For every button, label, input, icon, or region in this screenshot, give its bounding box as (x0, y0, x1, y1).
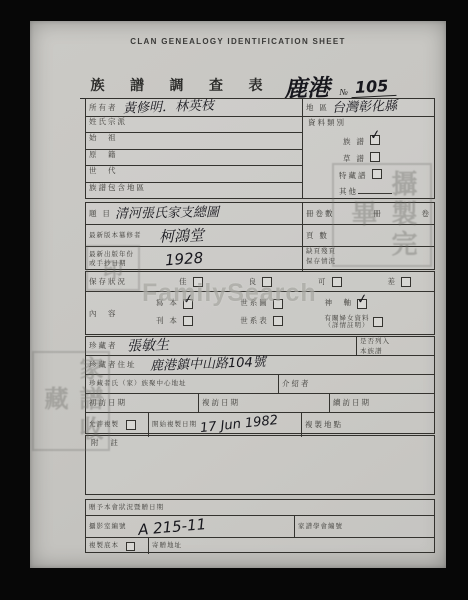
content-options: 寫 本 世系圖 神 軸 刊 本 世系表 有關婦女資料 （詳情註明） (156, 297, 434, 329)
content-manuscript: 寫 本 (156, 297, 240, 308)
second-visit-label: 複訪日期 (199, 398, 243, 408)
printed-checkbox (183, 316, 193, 326)
data-category-box: 資料類別 族 譜 草 譜 特藏譜 其他 (303, 117, 434, 198)
copy-place-cell: 複製地點 (302, 413, 434, 437)
section-collector: 珍藏者 張敏生 是否列入 本族譜 珍藏者住址 鹿港鎮中山路104號 珍藏者氏（家… (85, 336, 435, 434)
women-data-label: 有關婦女資料 （詳情註明） (324, 315, 369, 330)
pres-fine: 良 (249, 276, 273, 287)
donation-label: 贈予本會狀況暨贈日期 (86, 503, 167, 513)
content-lineage-table: 世系表 (240, 315, 324, 330)
introducer-label: 介紹者 (279, 379, 314, 389)
condition-cell: 缺頁殘頁 保存情況 (303, 247, 434, 271)
compiler-cell: 最新版本纂修者 柯鴻堂 (86, 225, 303, 246)
scanned-form-page: CLAN GENEALOGY IDENTIFICATION SHEET 族 譜 … (30, 21, 446, 568)
collector-address-handwritten: 鹿港鎮中山路104號 (149, 357, 265, 373)
collector-label: 珍藏者 (86, 341, 121, 351)
compiler-label: 最新版本纂修者 (86, 231, 145, 241)
section-notes: 附 註 (85, 435, 435, 495)
pres-fine-checkbox (262, 277, 272, 287)
category-option-draft: 草 譜 (343, 148, 380, 166)
photo-room-number-handwritten: A 215-11 (137, 518, 206, 536)
permit-copy-cell: 允許複製 (86, 413, 149, 437)
volume-unit-ce: 冊 (370, 209, 386, 219)
women-data-checkbox (373, 317, 383, 327)
region-label: 地 區 (303, 103, 332, 113)
listed-in-genealogy-cell: 是否列入 本族譜 (357, 337, 434, 355)
collector-address-label: 珍藏者住址 (86, 360, 140, 370)
copy-base-label: 複製底本 (86, 541, 122, 551)
category-option-other: 其他 (339, 181, 392, 199)
chinese-form-title: 族 譜 調 查 表 (80, 75, 274, 99)
collector-address-cell: 珍藏者住址 鹿港鎮中山路104號 (86, 356, 434, 374)
section-numbers: 贈予本會狀況暨贈日期 攝影室編號 A 215-11 家譜學會編號 複製底本 寄贈… (85, 499, 435, 553)
manuscript-checkbox (183, 299, 193, 309)
content-printed: 刊 本 (156, 315, 240, 330)
covered-area-label: 族譜包含地區 (86, 183, 149, 198)
followup-visit-label: 續訪日期 (330, 398, 374, 408)
family-center-cell: 珍藏者氏（家）族聚中心地址 (86, 375, 279, 393)
followup-visit-cell: 續訪日期 (330, 394, 434, 412)
english-form-title: CLAN GENEALOGY IDENTIFICATION SHEET (30, 37, 446, 46)
deposit-address-cell: 寄贈地址 (149, 538, 434, 554)
book-title-handwritten: 清河張氏家支總圖 (115, 207, 219, 221)
collector-handwritten: 張敏生 (126, 339, 168, 352)
generations-label: 世 代 (86, 166, 121, 181)
volumes-label: 冊卷數 (303, 209, 338, 219)
volumes-cell: 冊卷數 冊 卷 (303, 203, 434, 224)
preservation-label: 保存狀況 (86, 277, 156, 287)
society-number-label: 家譜學會編號 (295, 522, 346, 532)
preservation-options: 佳 良 可 差 (156, 276, 434, 287)
owner-cell: 所有者 黃修明．林英枝 (86, 99, 303, 116)
lineage-chart-checkbox (273, 299, 283, 309)
handwritten-place: 鹿港 (283, 78, 330, 100)
society-number-cell: 家譜學會編號 (295, 516, 434, 537)
deposit-address-label: 寄贈地址 (149, 541, 185, 551)
collector-cell: 珍藏者 張敏生 (86, 337, 357, 355)
draft-checkbox (370, 152, 380, 162)
photo-room-number-cell: 攝影室編號 A 215-11 (86, 516, 295, 537)
category-option-genealogy: 族 譜 (343, 131, 380, 149)
listed-label: 是否列入 本族譜 (357, 337, 393, 356)
clan-branch-label: 姓氏宗派 (86, 117, 130, 132)
publish-year-cell: 最新出版年份 或手抄日期 1928 (86, 247, 303, 271)
permit-copy-label: 允許複製 (86, 420, 122, 430)
compiler-handwritten: 柯鴻堂 (158, 229, 203, 243)
genealogy-checkbox (370, 135, 380, 145)
lineage-table-checkbox (273, 316, 283, 326)
pres-good: 佳 (179, 276, 203, 287)
content-lineage-chart: 世系圖 (240, 297, 324, 308)
section-condition-content: 保存狀況 佳 良 可 差 內 容 寫 本 世系圖 神 軸 刊 本 世系表 有關婦… (85, 271, 435, 335)
family-center-label: 珍藏者氏（家）族聚中心地址 (86, 379, 190, 389)
region-handwritten-value: 台灣彰化縣 (332, 100, 397, 114)
handwritten-form-number: 105 (351, 76, 397, 98)
copy-base-checkbox (126, 542, 135, 551)
other-fill-line (358, 186, 392, 194)
pres-ok: 可 (318, 276, 342, 287)
region-cell: 地 區 台灣彰化縣 (303, 99, 434, 116)
pres-poor: 差 (388, 276, 412, 287)
copy-date-label: 開始複製日期 (149, 420, 200, 430)
section-owner-region: 所有者 黃修明．林英枝 地 區 台灣彰化縣 姓氏宗派 始 祖 原 籍 世 代 族… (85, 98, 435, 199)
notes-label: 附 註 (88, 438, 126, 448)
pres-good-checkbox (193, 277, 203, 287)
data-category-label: 資料類別 (305, 118, 349, 128)
pres-poor-checkbox (401, 277, 411, 287)
pages-cell: 頁 數 (303, 225, 434, 246)
owner-handwritten-value: 黃修明．林英枝 (122, 100, 213, 115)
book-title-label: 題 目 (86, 209, 115, 219)
special-checkbox (372, 169, 382, 179)
copy-place-label: 複製地點 (302, 420, 346, 430)
first-visit-cell: 初訪日期 (86, 394, 199, 412)
chinese-title-row: 族 譜 調 查 表 鹿港 № 105 (30, 63, 446, 99)
content-women-data: 有關婦女資料 （詳情註明） (324, 315, 434, 330)
content-label: 內 容 (86, 309, 156, 319)
copy-date-cell: 開始複製日期 17 Jun 1982 (149, 413, 302, 437)
copy-base-cell: 複製底本 (86, 538, 149, 554)
form-number: № 105 (340, 77, 397, 99)
first-ancestor-label: 始 祖 (86, 133, 121, 148)
pres-ok-checkbox (332, 277, 342, 287)
no-label: № (340, 87, 349, 97)
origin-label: 原 籍 (86, 150, 121, 165)
first-visit-label: 初訪日期 (86, 398, 130, 408)
section-book-info: 題 目 清河張氏家支總圖 冊卷數 冊 卷 最新版本纂修者 柯鴻堂 頁 數 最新出… (85, 202, 435, 270)
condition-label: 缺頁殘頁 保存情況 (303, 247, 339, 266)
clan-info-rows: 姓氏宗派 始 祖 原 籍 世 代 族譜包含地區 (86, 117, 303, 198)
publish-year-handwritten: 1928 (165, 252, 204, 267)
ancestral-scroll-checkbox (357, 299, 367, 309)
pages-label: 頁 數 (303, 231, 332, 241)
introducer-cell: 介紹者 (279, 375, 434, 393)
book-title-cell: 題 目 清河張氏家支總圖 (86, 203, 303, 224)
photo-room-number-label: 攝影室編號 (86, 522, 130, 532)
second-visit-cell: 複訪日期 (199, 394, 330, 412)
permit-copy-checkbox (126, 420, 136, 430)
owner-label: 所有者 (86, 103, 121, 113)
copy-date-handwritten: 17 Jun 1982 (200, 415, 279, 435)
publish-year-label: 最新出版年份 或手抄日期 (86, 250, 137, 269)
content-ancestral-scroll: 神 軸 (324, 297, 434, 308)
volume-unit-juan: 卷 (419, 209, 435, 219)
